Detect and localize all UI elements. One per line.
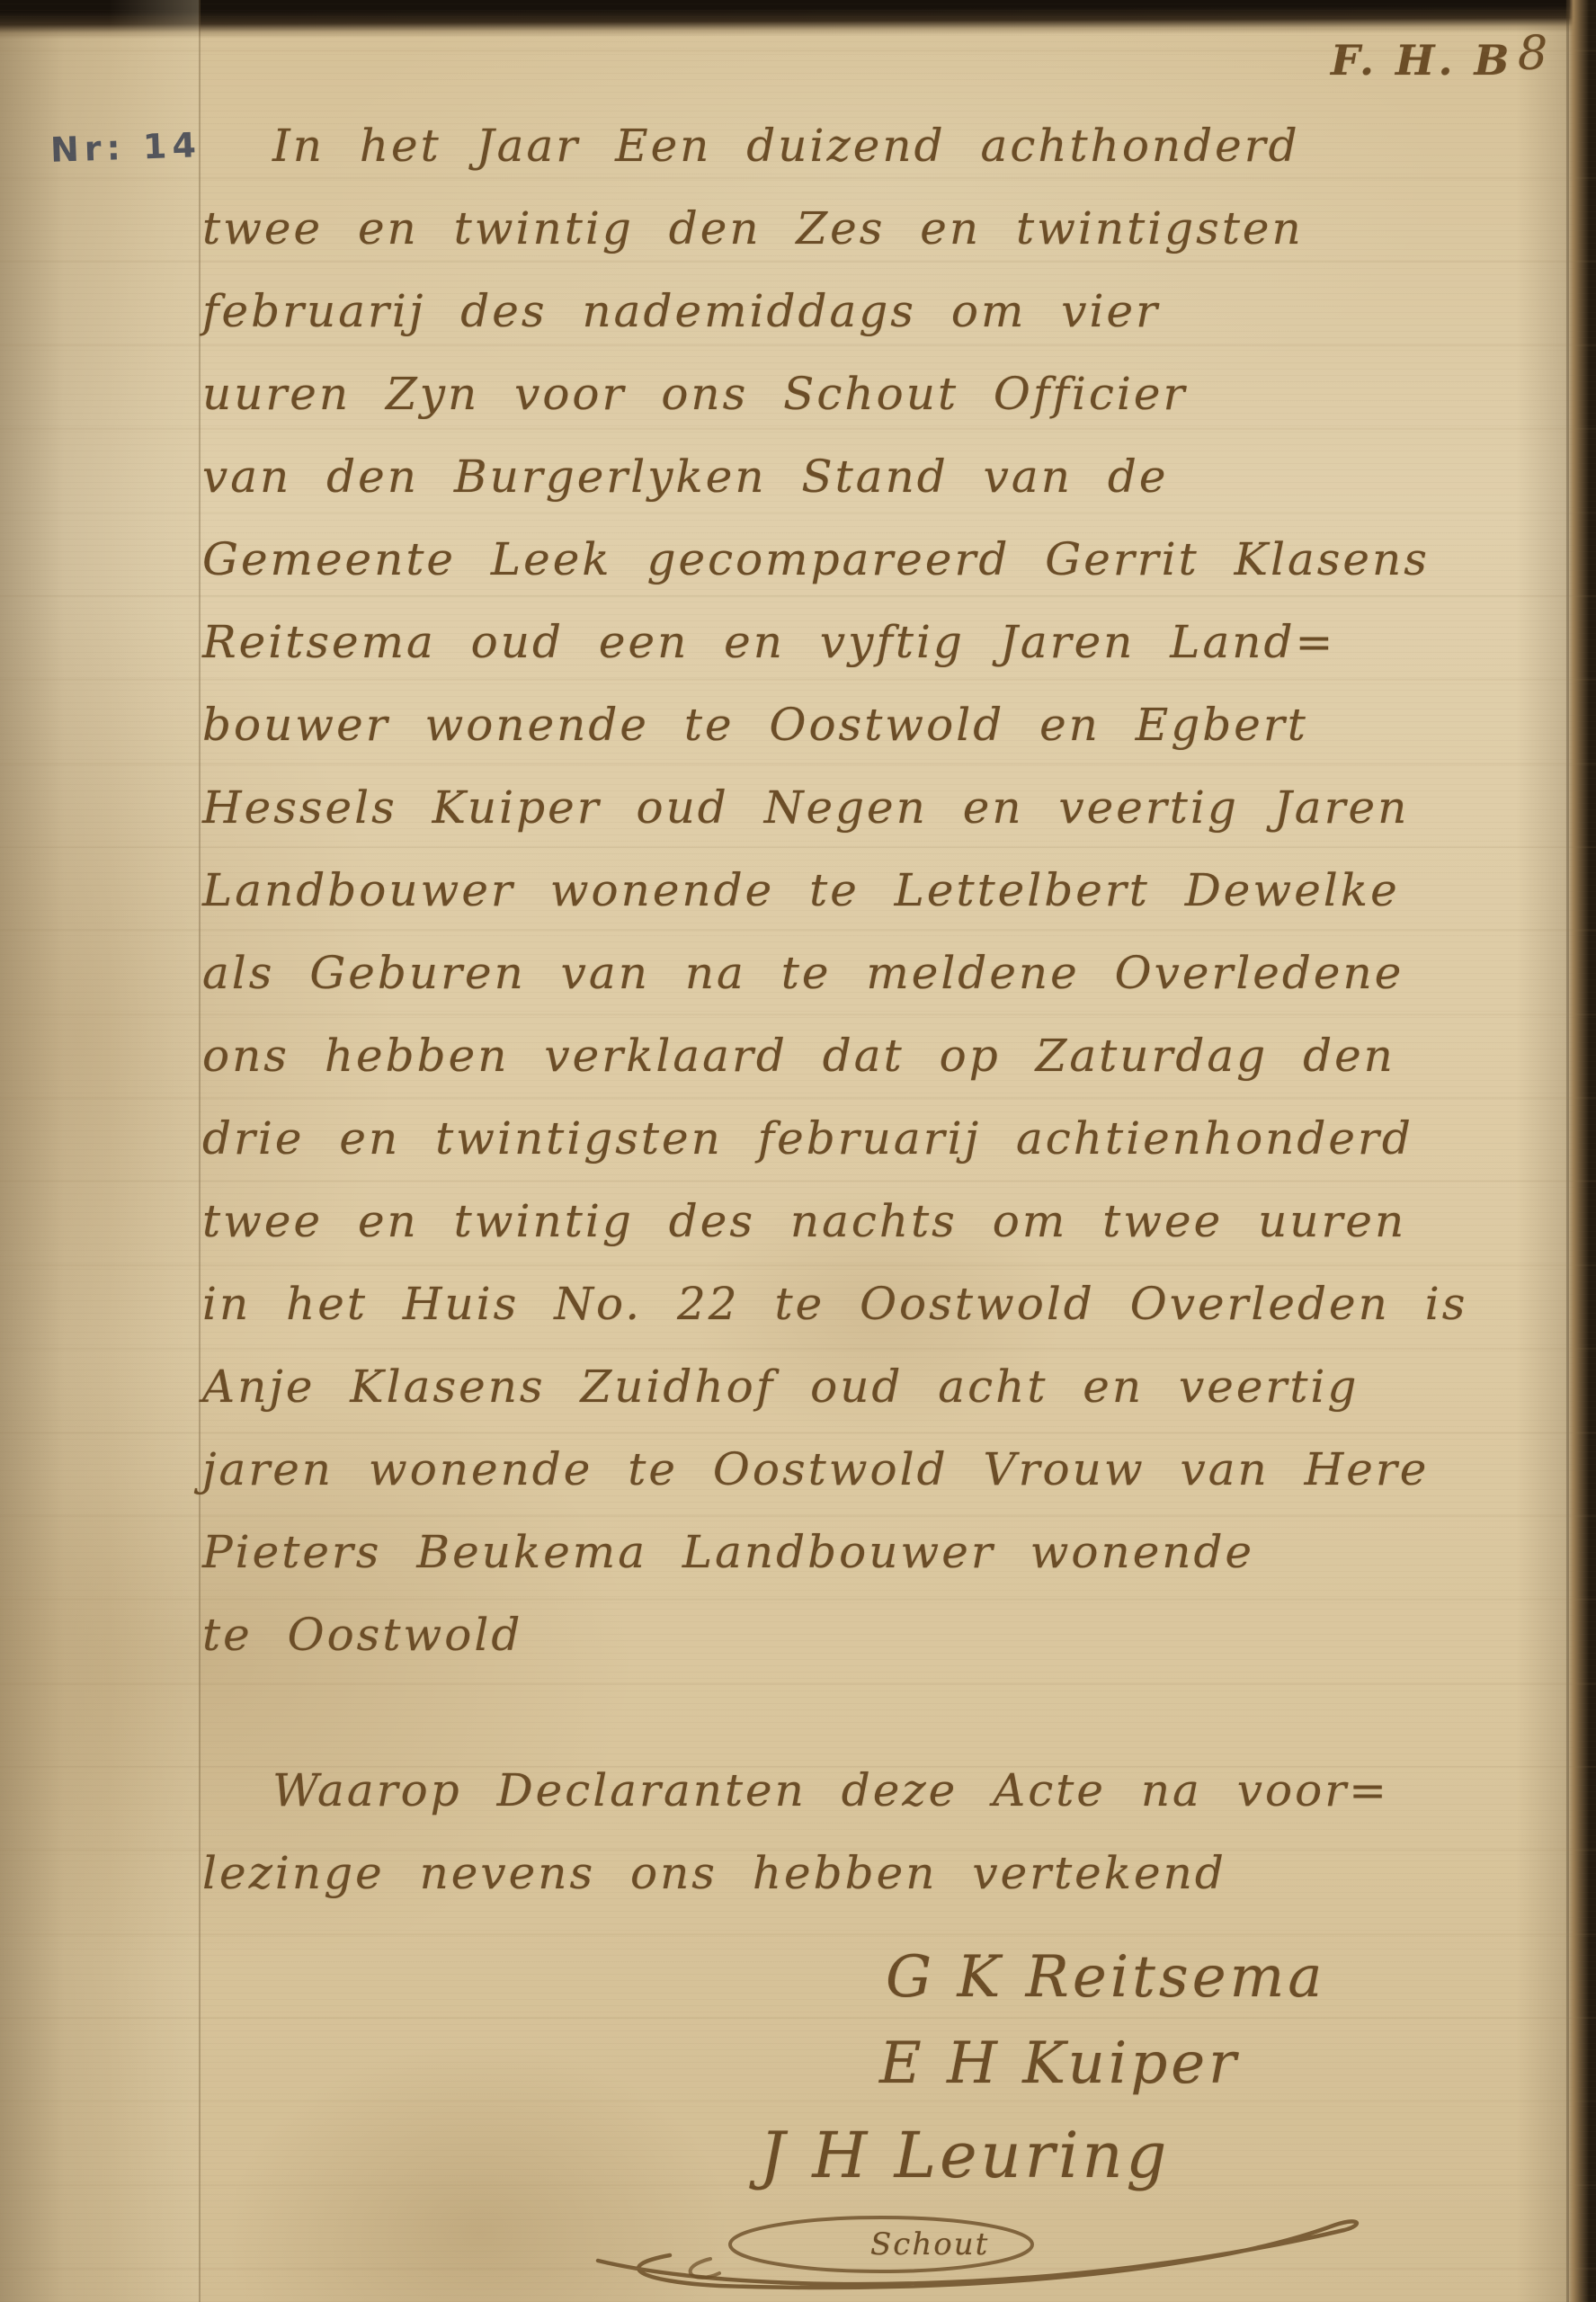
manuscript-line: te Oostwold [202,1593,1542,1676]
manuscript-line: in het Huis No. 22 te Oostwold Overleden… [202,1263,1542,1345]
closing-paragraph: Waarop Declaranten deze Acte na voor= le… [202,1749,1542,1914]
manuscript-line: In het Jaar Een duizend achthonderd [202,104,1542,187]
manuscript-line: twee en twintig den Zes en twintigsten [202,187,1542,270]
act-number-margin-note: Nr: 14 [49,125,201,170]
manuscript-line: drie en twintigsten februarij achtienhon… [202,1097,1542,1180]
manuscript-line: jaren wonende te Oostwold Vrouw van Here [202,1428,1542,1511]
signature-title: Schout [870,2226,989,2262]
manuscript-line: Reitsema oud een en vyftig Jaren Land= [202,601,1542,683]
manuscript-line: Landbouwer wonende te Lettelbert Dewelke [202,849,1542,932]
manuscript-line: van den Burgerlyken Stand van de [202,435,1542,518]
manuscript-line: Gemeente Leek gecompareerd Gerrit Klasen… [202,518,1542,601]
manuscript-line: twee en twintig des nachts om twee uuren [202,1180,1542,1263]
manuscript-line: bouwer wonende te Oostwold en Egbert [202,683,1542,766]
manuscript-line: ons hebben verklaard dat op Zaturdag den [202,1014,1542,1097]
manuscript-line: Hessels Kuiper oud Negen en veertig Jare… [202,766,1542,849]
manuscript-line: Waarop Declaranten deze Acte na voor= [202,1749,1542,1832]
manuscript-line: uuren Zyn voor ons Schout Officier [202,352,1542,435]
book-binding-edge [0,0,1596,40]
signature-official: J H Leuring [760,2119,1170,2192]
manuscript-line: Anje Klasens Zuidhof oud acht en veertig [202,1345,1542,1428]
manuscript-line: lezinge nevens ons hebben vertekend [202,1832,1542,1914]
manuscript-page-scan: Nr: 14 F. H. B 8 In het Jaar Een duizend… [0,0,1596,2302]
manuscript-line: als Geburen van na te meldene Overledene [202,932,1542,1014]
signature-declarant-1: G K Reitsema [886,1944,1325,2011]
manuscript-line: Pieters Beukema Landbouwer wonende [202,1511,1542,1593]
page-number: 8 [1518,27,1547,81]
signature-declarant-2: E H Kuiper [879,2030,1240,2097]
manuscript-line: februarij des nademiddags om vier [202,270,1542,352]
left-margin-crease [199,0,201,2302]
act-body-text: In het Jaar Een duizend achthonderd twee… [202,104,1542,1676]
page-stack-edge [1565,0,1596,2302]
header-paraph: F. H. B [1331,36,1512,85]
